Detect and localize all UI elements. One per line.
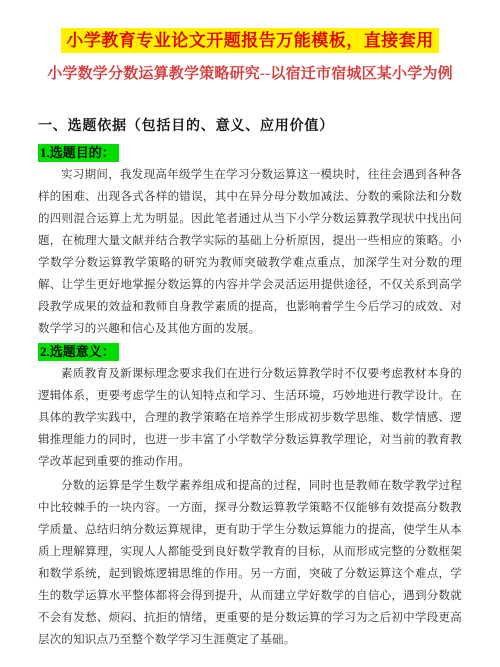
significance-label: 2.选题意义： — [38, 343, 119, 361]
significance-paragraph-1: 素质教育及新课标理念要求我们在进行分数运算教学时不仅要考虑教材本身的逻辑体系，更… — [38, 363, 462, 473]
purpose-label: 1.选题目的： — [38, 144, 119, 162]
purpose-label-line: 1.选题目的： — [38, 143, 462, 162]
purpose-paragraph: 实习期间，我发现高年级学生在学习分数运算这一模块时，往往会遇到各种各样的困难、出… — [38, 164, 462, 340]
significance-paragraph-2: 分数的运算是学生数学素养组成和提高的过程，同时也是教师在数学教学过程中比较棘手的… — [38, 475, 462, 651]
significance-label-line: 2.选题意义： — [38, 342, 462, 361]
title-line: 小学教育专业论文开题报告万能模板，直接套用 — [38, 28, 462, 55]
page-title: 小学教育专业论文开题报告万能模板，直接套用 — [61, 28, 439, 53]
section-heading: 一、选题依据（包括目的、意义、应用价值） — [38, 117, 462, 137]
page-subtitle: 小学数学分数运算教学策略研究--以宿迁市宿城区某小学为例 — [38, 64, 462, 84]
document-page: 小学教育专业论文开题报告万能模板，直接套用 小学数学分数运算教学策略研究--以宿… — [0, 0, 500, 667]
